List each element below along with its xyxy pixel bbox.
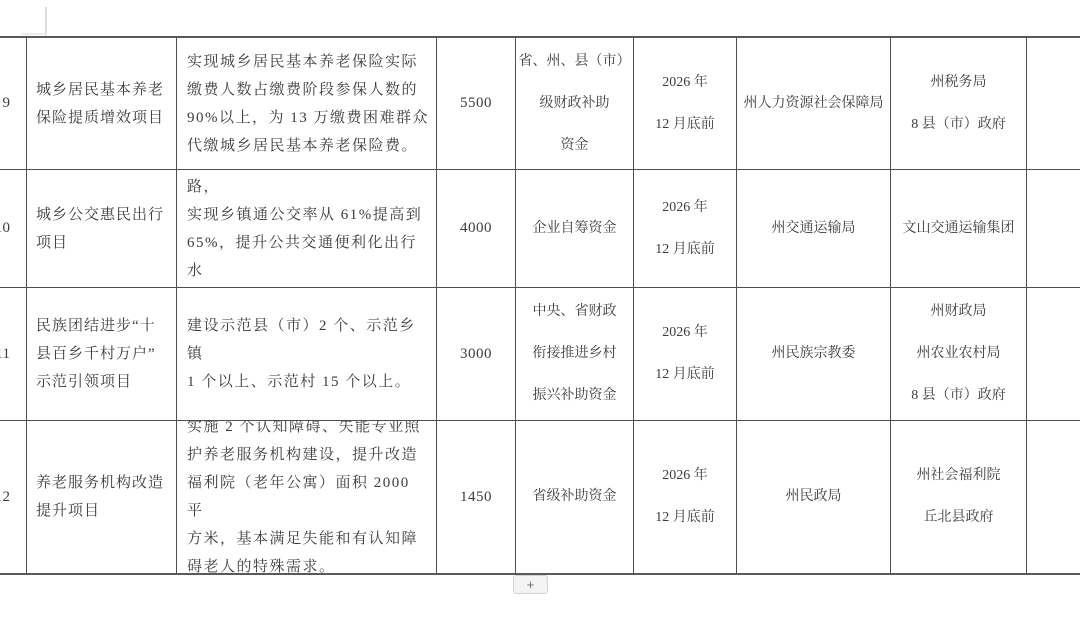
cell-description[interactable]: 新开通 5 条城际和城乡公交线路， 实现乡镇通公交率从 61%提高到 65%，提… xyxy=(177,170,437,288)
row-number-text: 12 xyxy=(0,489,10,506)
cell-funding-source[interactable]: 省、州、县（市） 级财政补助 资金 xyxy=(516,38,634,170)
cell-co-units[interactable]: 州社会福利院 丘北县政府 xyxy=(891,421,1027,575)
cell-project-name[interactable]: 养老服务机构改造 提升项目 xyxy=(27,421,177,575)
cell-lead-unit[interactable]: 州人力资源社会保障局 xyxy=(737,38,891,170)
cell-project-name[interactable]: 城乡公交惠民出行 项目 xyxy=(27,170,177,288)
cell-deadline[interactable]: 2026 年 12 月底前 xyxy=(634,170,737,288)
cell-deadline[interactable]: 2026 年 12 月底前 xyxy=(634,38,737,170)
cell-amount[interactable]: 1450 xyxy=(437,421,516,575)
project-table: 9 城乡居民基本养老 保险提质增效项目 实现城乡居民基本养老保险实际 缴费人数占… xyxy=(0,36,1080,575)
cell-deadline[interactable]: 2026 年 12 月底前 xyxy=(634,421,737,575)
previous-row-border-remnant xyxy=(45,7,47,36)
cell-co-units[interactable]: 州税务局 8 县（市）政府 xyxy=(891,38,1027,170)
cell-amount[interactable]: 3000 xyxy=(437,288,516,421)
cell-row-number[interactable]: 10 xyxy=(0,170,27,288)
cell-row-number[interactable]: 11 xyxy=(0,288,27,421)
cell-funding-source[interactable]: 中央、省财政 衔接推进乡村 振兴补助资金 xyxy=(516,288,634,421)
cell-project-name[interactable]: 民族团结进步“十 县百乡千村万户” 示范引领项目 xyxy=(27,288,177,421)
cell-co-units[interactable]: 文山交通运输集团 xyxy=(891,170,1027,288)
cell-row-number[interactable]: 9 xyxy=(0,38,27,170)
cell-funding-source[interactable]: 企业自筹资金 xyxy=(516,170,634,288)
cell-empty[interactable] xyxy=(1027,288,1080,421)
add-row-button[interactable]: + xyxy=(513,575,548,594)
cell-description[interactable]: 实现城乡居民基本养老保险实际 缴费人数占缴费阶段参保人数的 90%以上，为 13… xyxy=(177,38,437,170)
cell-description[interactable]: 实施 2 个认知障碍、失能专业照 护养老服务机构建设，提升改造 福利院（老年公寓… xyxy=(177,421,437,575)
previous-row-border-remnant-h xyxy=(21,33,47,35)
cell-empty[interactable] xyxy=(1027,421,1080,575)
cell-row-number[interactable]: 12 xyxy=(0,421,27,575)
cell-empty[interactable] xyxy=(1027,170,1080,288)
cell-lead-unit[interactable]: 州民政局 xyxy=(737,421,891,575)
cell-co-units[interactable]: 州财政局 州农业农村局 8 县（市）政府 xyxy=(891,288,1027,421)
cell-lead-unit[interactable]: 州民族宗教委 xyxy=(737,288,891,421)
cell-project-name[interactable]: 城乡居民基本养老 保险提质增效项目 xyxy=(27,38,177,170)
cell-description[interactable]: 建设示范县（市）2 个、示范乡镇 1 个以上、示范村 15 个以上。 xyxy=(177,288,437,421)
cell-deadline[interactable]: 2026 年 12 月底前 xyxy=(634,288,737,421)
row-number-text: 10 xyxy=(0,220,10,237)
cell-empty[interactable] xyxy=(1027,38,1080,170)
cell-funding-source[interactable]: 省级补助资金 xyxy=(516,421,634,575)
cell-lead-unit[interactable]: 州交通运输局 xyxy=(737,170,891,288)
row-number-text: 11 xyxy=(0,346,10,363)
cell-amount[interactable]: 4000 xyxy=(437,170,516,288)
row-number-text: 9 xyxy=(3,95,11,112)
cell-amount[interactable]: 5500 xyxy=(437,38,516,170)
